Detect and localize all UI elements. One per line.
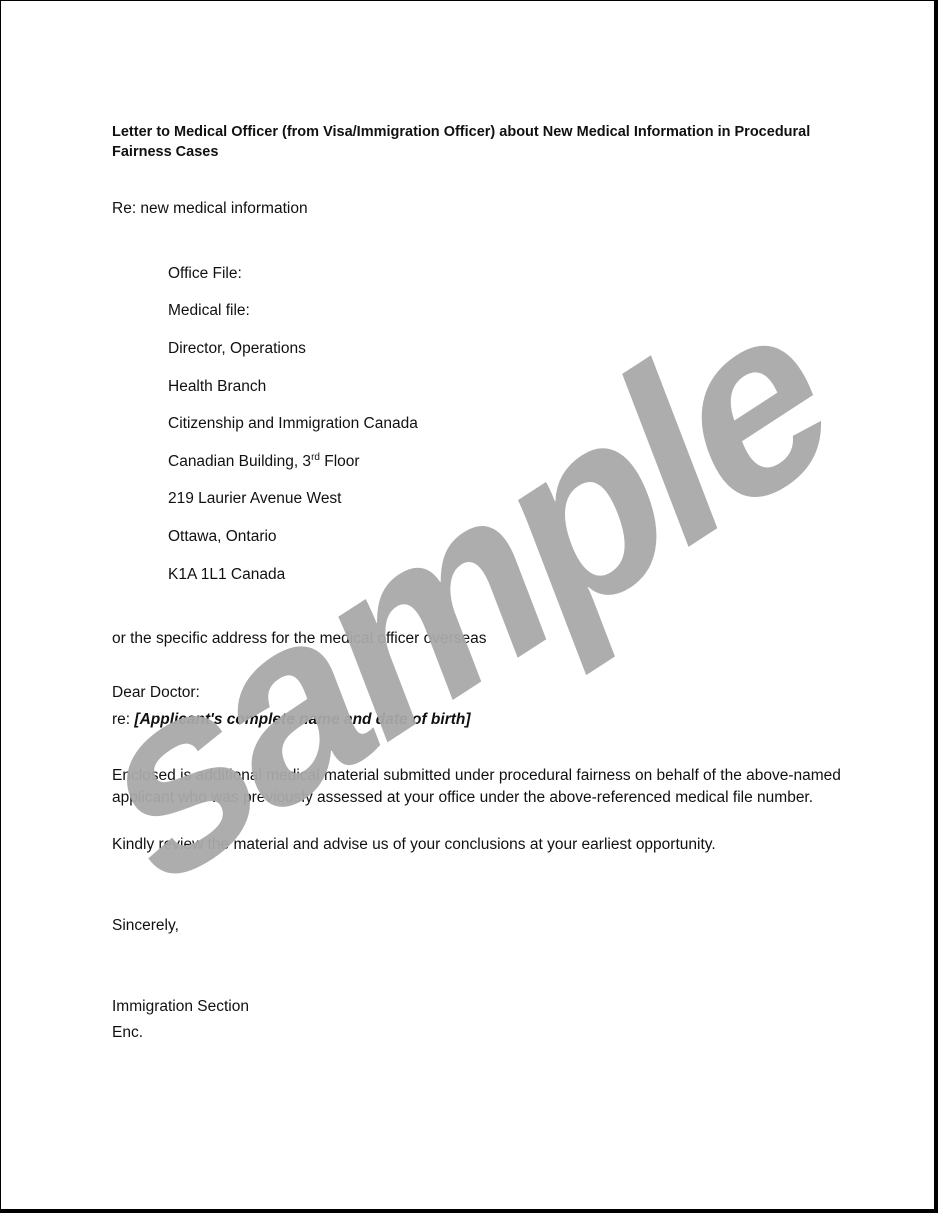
address-line: Canadian Building, 3rd Floor <box>168 453 360 471</box>
address-line: Office File: <box>168 265 242 283</box>
ordinal-suffix: rd <box>311 452 320 463</box>
address-line: K1A 1L1 Canada <box>168 566 285 584</box>
closing: Sincerely, <box>112 917 179 935</box>
subject-line: Re: new medical information <box>112 200 308 218</box>
applicant-reference: re: [Applicant's complete name and date … <box>112 711 471 729</box>
address-line: Health Branch <box>168 378 266 396</box>
letter-title: Letter to Medical Officer (from Visa/Imm… <box>112 122 812 162</box>
enclosure-note: Enc. <box>112 1024 143 1042</box>
document-page: Letter to Medical Officer (from Visa/Imm… <box>0 0 938 1213</box>
body-paragraph: Kindly review the material and advise us… <box>112 836 716 854</box>
address-text: Canadian Building, 3 <box>168 453 311 470</box>
specific-address-note: or the specific address for the medical … <box>112 630 486 648</box>
salutation: Dear Doctor: <box>112 684 200 702</box>
re-prefix: re: <box>112 711 134 728</box>
address-line: Citizenship and Immigration Canada <box>168 415 418 433</box>
applicant-placeholder: [Applicant's complete name and date of b… <box>134 711 470 728</box>
signature: Immigration Section <box>112 998 249 1016</box>
address-line: Medical file: <box>168 302 250 320</box>
address-line: Director, Operations <box>168 340 306 358</box>
address-line: 219 Laurier Avenue West <box>168 490 342 508</box>
address-text: Floor <box>320 453 360 470</box>
address-line: Ottawa, Ontario <box>168 528 277 546</box>
body-paragraph: Enclosed is additional medical material … <box>112 765 852 809</box>
